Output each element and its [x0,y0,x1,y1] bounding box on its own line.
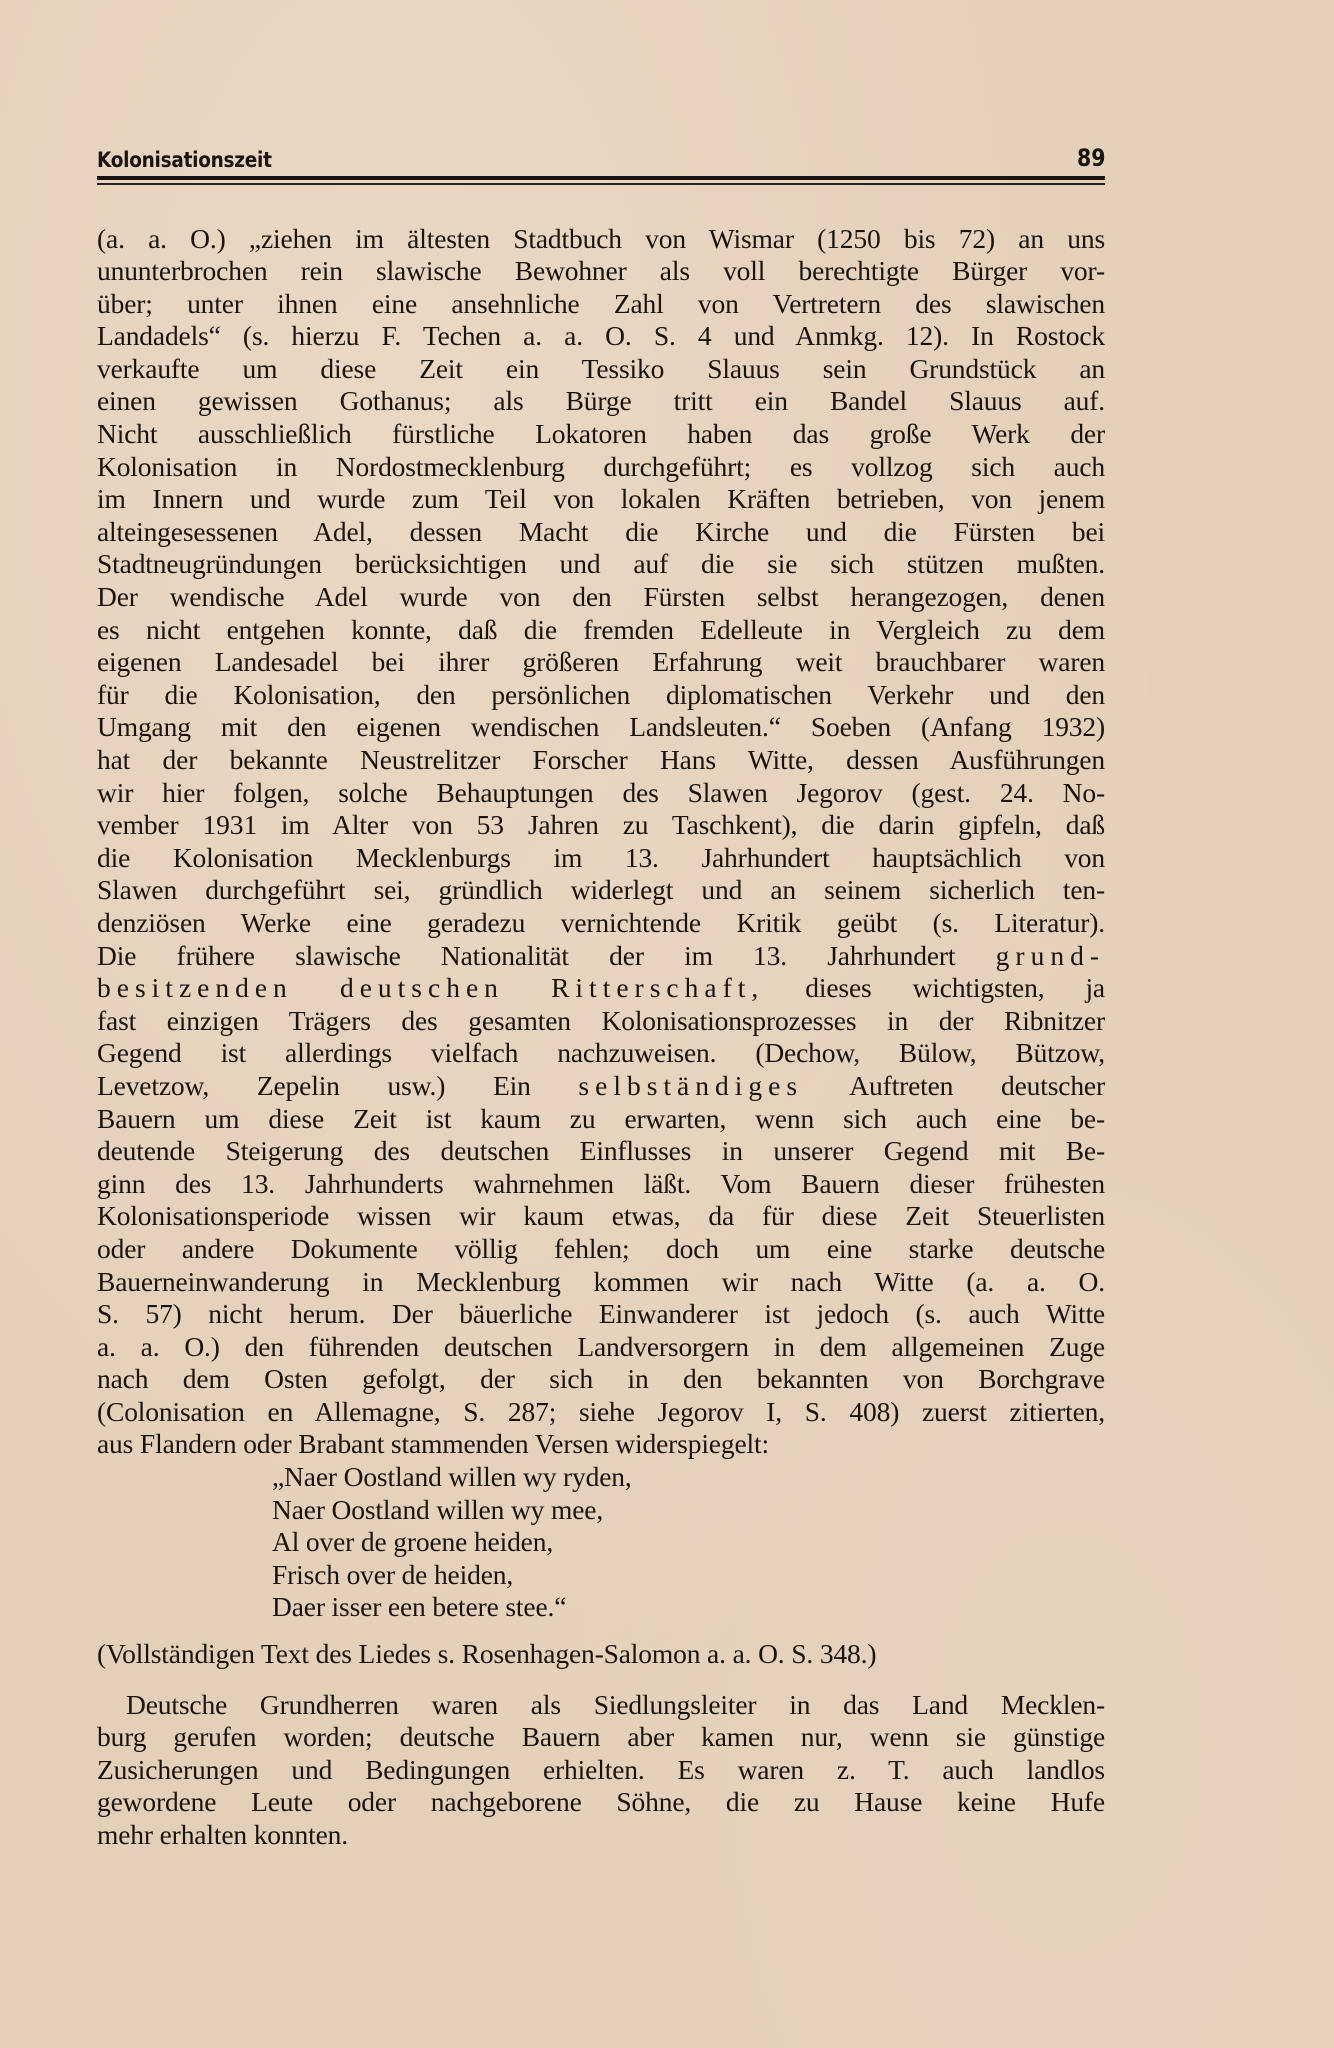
text-line: oder andere Dokumente völlig fehlen; doc… [97,1233,1105,1266]
text-line: deutende Steigerung des deutschen Einflu… [97,1135,1105,1168]
text-line: aus Flandern oder Brabant stammenden Ver… [97,1428,1105,1461]
running-header: Kolonisationszeit 89 [97,138,1105,172]
text-line: Zusicherungen und Bedingungen erhielten.… [97,1754,1105,1787]
emphasized-spaced-text: grund- [996,940,1105,971]
text-line: Levetzow, Zepelin usw.) Ein selbständige… [97,1070,1105,1103]
text-line: Stadtneugründungen berücksichtigen und a… [97,548,1105,581]
text-line: Umgang mit den eigenen wendischen Landsl… [97,711,1105,744]
source-note: (Vollständigen Text des Liedes s. Rosenh… [97,1638,1105,1671]
header-rule-thick [97,176,1105,180]
text-segment: Die frühere slawische Nationalität der i… [97,940,955,971]
text-line: Landadels“ (s. hierzu F. Techen a. a. O.… [97,320,1105,353]
text-line: (Colonisation en Allemagne, S. 287; sieh… [97,1396,1105,1429]
text-line: mehr erhalten konnten. [97,1819,1105,1852]
emphasized-spaced-text: besitzenden deutschen Ritterschaft, [97,972,764,1003]
text-line: ginn des 13. Jahrhunderts wahrnehmen läß… [97,1168,1105,1201]
emphasized-spaced-text: selbständiges [578,1070,803,1101]
text-line: hat der bekannte Neustrelitzer Forscher … [97,744,1105,777]
text-line: vember 1931 im Alter von 53 Jahren zu Ta… [97,809,1105,842]
text-line: nach dem Osten gefolgt, der sich in den … [97,1363,1105,1396]
text-line: besitzenden deutschen Ritterschaft, dies… [97,972,1105,1005]
body-text: (a. a. O.) „ziehen im ältesten Stadtbuch… [97,223,1105,1852]
text-line: Bauerneinwanderung in Mecklenburg kommen… [97,1266,1105,1299]
text-line: verkaufte um diese Zeit ein Tessiko Slau… [97,353,1105,386]
poem-line: Daer isser een betere stee.“ [272,1591,1105,1624]
paragraph-1: (a. a. O.) „ziehen im ältesten Stadtbuch… [97,223,1105,1462]
poem-line: Naer Oostland willen wy mee, [272,1494,1105,1527]
text-line: S. 57) nicht herum. Der bäuerliche Einwa… [97,1298,1105,1331]
book-page: Kolonisationszeit 89 (a. a. O.) „ziehen … [97,138,1105,1852]
text-line: denziösen Werke eine geradezu vernichten… [97,907,1105,940]
text-line: einen gewissen Gothanus; als Bürge tritt… [97,385,1105,418]
text-line: die Kolonisation Mecklenburgs im 13. Jah… [97,842,1105,875]
text-segment: dieses wichtigsten, ja [805,972,1105,1003]
text-line: eigenen Landesadel bei ihrer größeren Er… [97,646,1105,679]
poem-line: Frisch over de heiden, [272,1559,1105,1592]
poem-line: „Naer Oostland willen wy ryden, [272,1461,1105,1494]
poem-line: Al over de groene heiden, [272,1526,1105,1559]
text-line: Nicht ausschließlich fürstliche Lokatore… [97,418,1105,451]
text-segment: Auftreten deutscher [849,1070,1105,1101]
text-line: wir hier folgen, solche Behauptungen des… [97,777,1105,810]
text-line: Kolonisation in Nordostmecklenburg durch… [97,451,1105,484]
text-line: Bauern um diese Zeit ist kaum zu erwarte… [97,1103,1105,1136]
text-line: Gegend ist allerdings vielfach nachzuwei… [97,1037,1105,1070]
text-line: über; unter ihnen eine ansehnliche Zahl … [97,288,1105,321]
text-line: alteingesessenen Adel, dessen Macht die … [97,516,1105,549]
text-line: Die frühere slawische Nationalität der i… [97,940,1105,973]
page-number: 89 [1077,144,1105,172]
text-line: ununterbrochen rein slawische Bewohner a… [97,255,1105,288]
text-segment: Levetzow, Zepelin usw.) Ein [97,1070,531,1101]
text-line: Kolonisationsperiode wissen wir kaum etw… [97,1200,1105,1233]
poem-quote: „Naer Oostland willen wy ryden, Naer Oos… [272,1461,1105,1624]
text-line: Slawen durchgeführt sei, gründlich wider… [97,874,1105,907]
text-line: für die Kolonisation, den persönlichen d… [97,679,1105,712]
text-line: (a. a. O.) „ziehen im ältesten Stadtbuch… [97,223,1105,256]
text-line: fast einzigen Trägers des gesamten Kolon… [97,1005,1105,1038]
running-title: Kolonisationszeit [97,148,272,172]
text-line: a. a. O.) den führenden deutschen Landve… [97,1331,1105,1364]
text-line: Deutsche Grundherren waren als Siedlungs… [97,1689,1105,1722]
text-line: es nicht entgehen konnte, daß die fremde… [97,614,1105,647]
header-rule-thin [97,183,1105,185]
text-line: gewordene Leute oder nachgeborene Söhne,… [97,1786,1105,1819]
text-line: Der wendische Adel wurde von den Fürsten… [97,581,1105,614]
text-line: im Innern und wurde zum Teil von lokalen… [97,483,1105,516]
paragraph-2: Deutsche Grundherren waren als Siedlungs… [97,1689,1105,1852]
text-line: burg gerufen worden; deutsche Bauern abe… [97,1721,1105,1754]
